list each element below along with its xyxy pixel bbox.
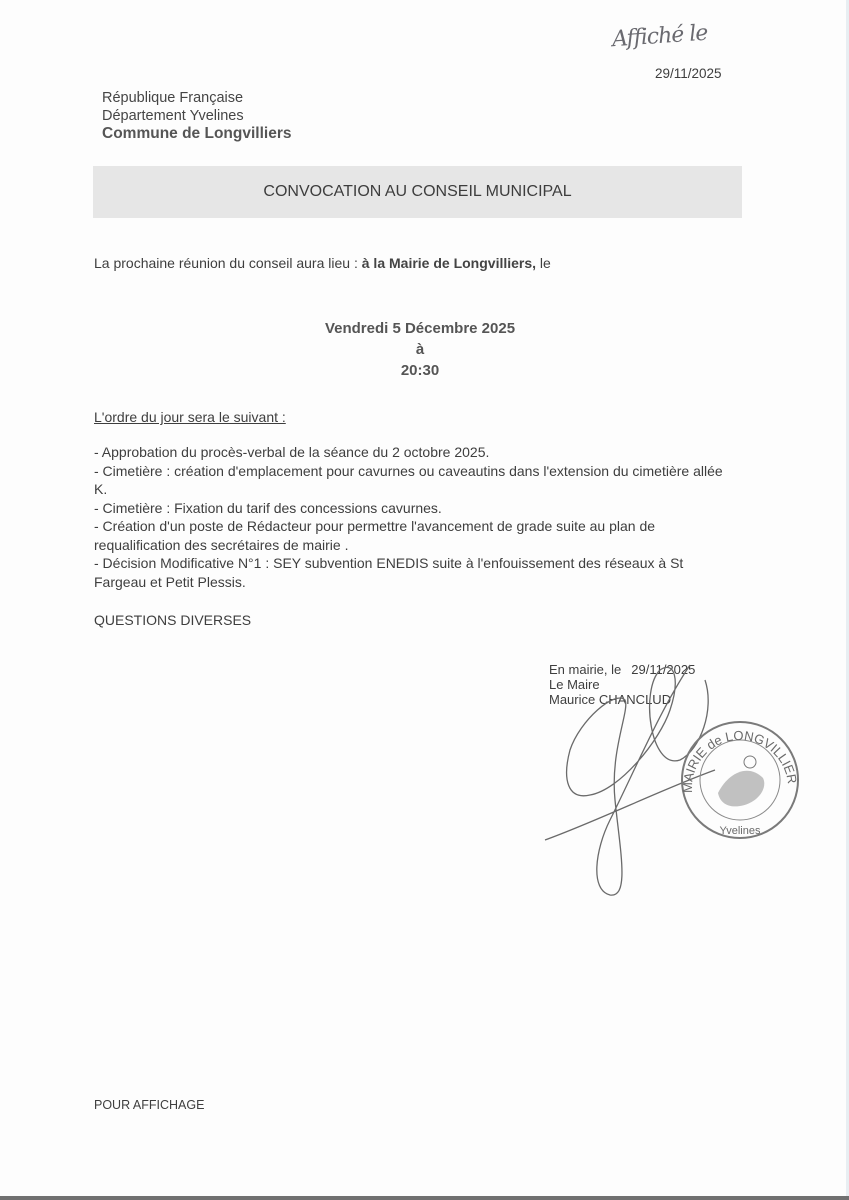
svg-text:Yvelines: Yvelines [720,825,761,837]
meeting-date: Vendredi 5 Décembre 2025 [250,318,590,339]
handwritten-posted-note: Affiché le [611,21,708,53]
meeting-datetime: Vendredi 5 Décembre 2025 à 20:30 [250,318,590,381]
agenda-item: - Décision Modificative N°1 : SEY subven… [94,554,734,591]
agenda-item: - Cimetière : création d'emplacement pou… [94,462,734,499]
meeting-connector: à [250,339,590,360]
header-department: Département Yvelines [102,107,291,125]
meeting-intro: La prochaine réunion du conseil aura lie… [94,255,551,271]
questions-diverses: QUESTIONS DIVERSES [94,612,251,628]
agenda-list: - Approbation du procès-verbal de la séa… [94,443,734,591]
header-commune: Commune de Longvilliers [102,125,291,143]
intro-suffix: le [536,255,551,271]
agenda-title: L'ordre du jour sera le suivant : [94,409,286,425]
posted-date: 29/11/2025 [655,66,722,81]
document-header: République Française Département Yveline… [102,89,291,143]
scan-bottom-edge [0,1196,849,1200]
document-title: CONVOCATION AU CONSEIL MUNICIPAL [263,183,571,201]
document-title-banner: CONVOCATION AU CONSEIL MUNICIPAL [93,166,742,218]
agenda-item: - Cimetière : Fixation du tarif des conc… [94,499,734,518]
posting-label: POUR AFFICHAGE [94,1098,204,1112]
agenda-item: - Approbation du procès-verbal de la séa… [94,443,734,462]
meeting-location: à la Mairie de Longvilliers, [362,255,536,271]
agenda-item: - Création d'un poste de Rédacteur pour … [94,517,734,554]
header-republic: République Française [102,89,291,107]
town-seal-icon: MAIRIE de LONGVILLIERS Yvelines [678,718,802,842]
meeting-time: 20:30 [250,360,590,381]
intro-text: La prochaine réunion du conseil aura lie… [94,255,362,271]
